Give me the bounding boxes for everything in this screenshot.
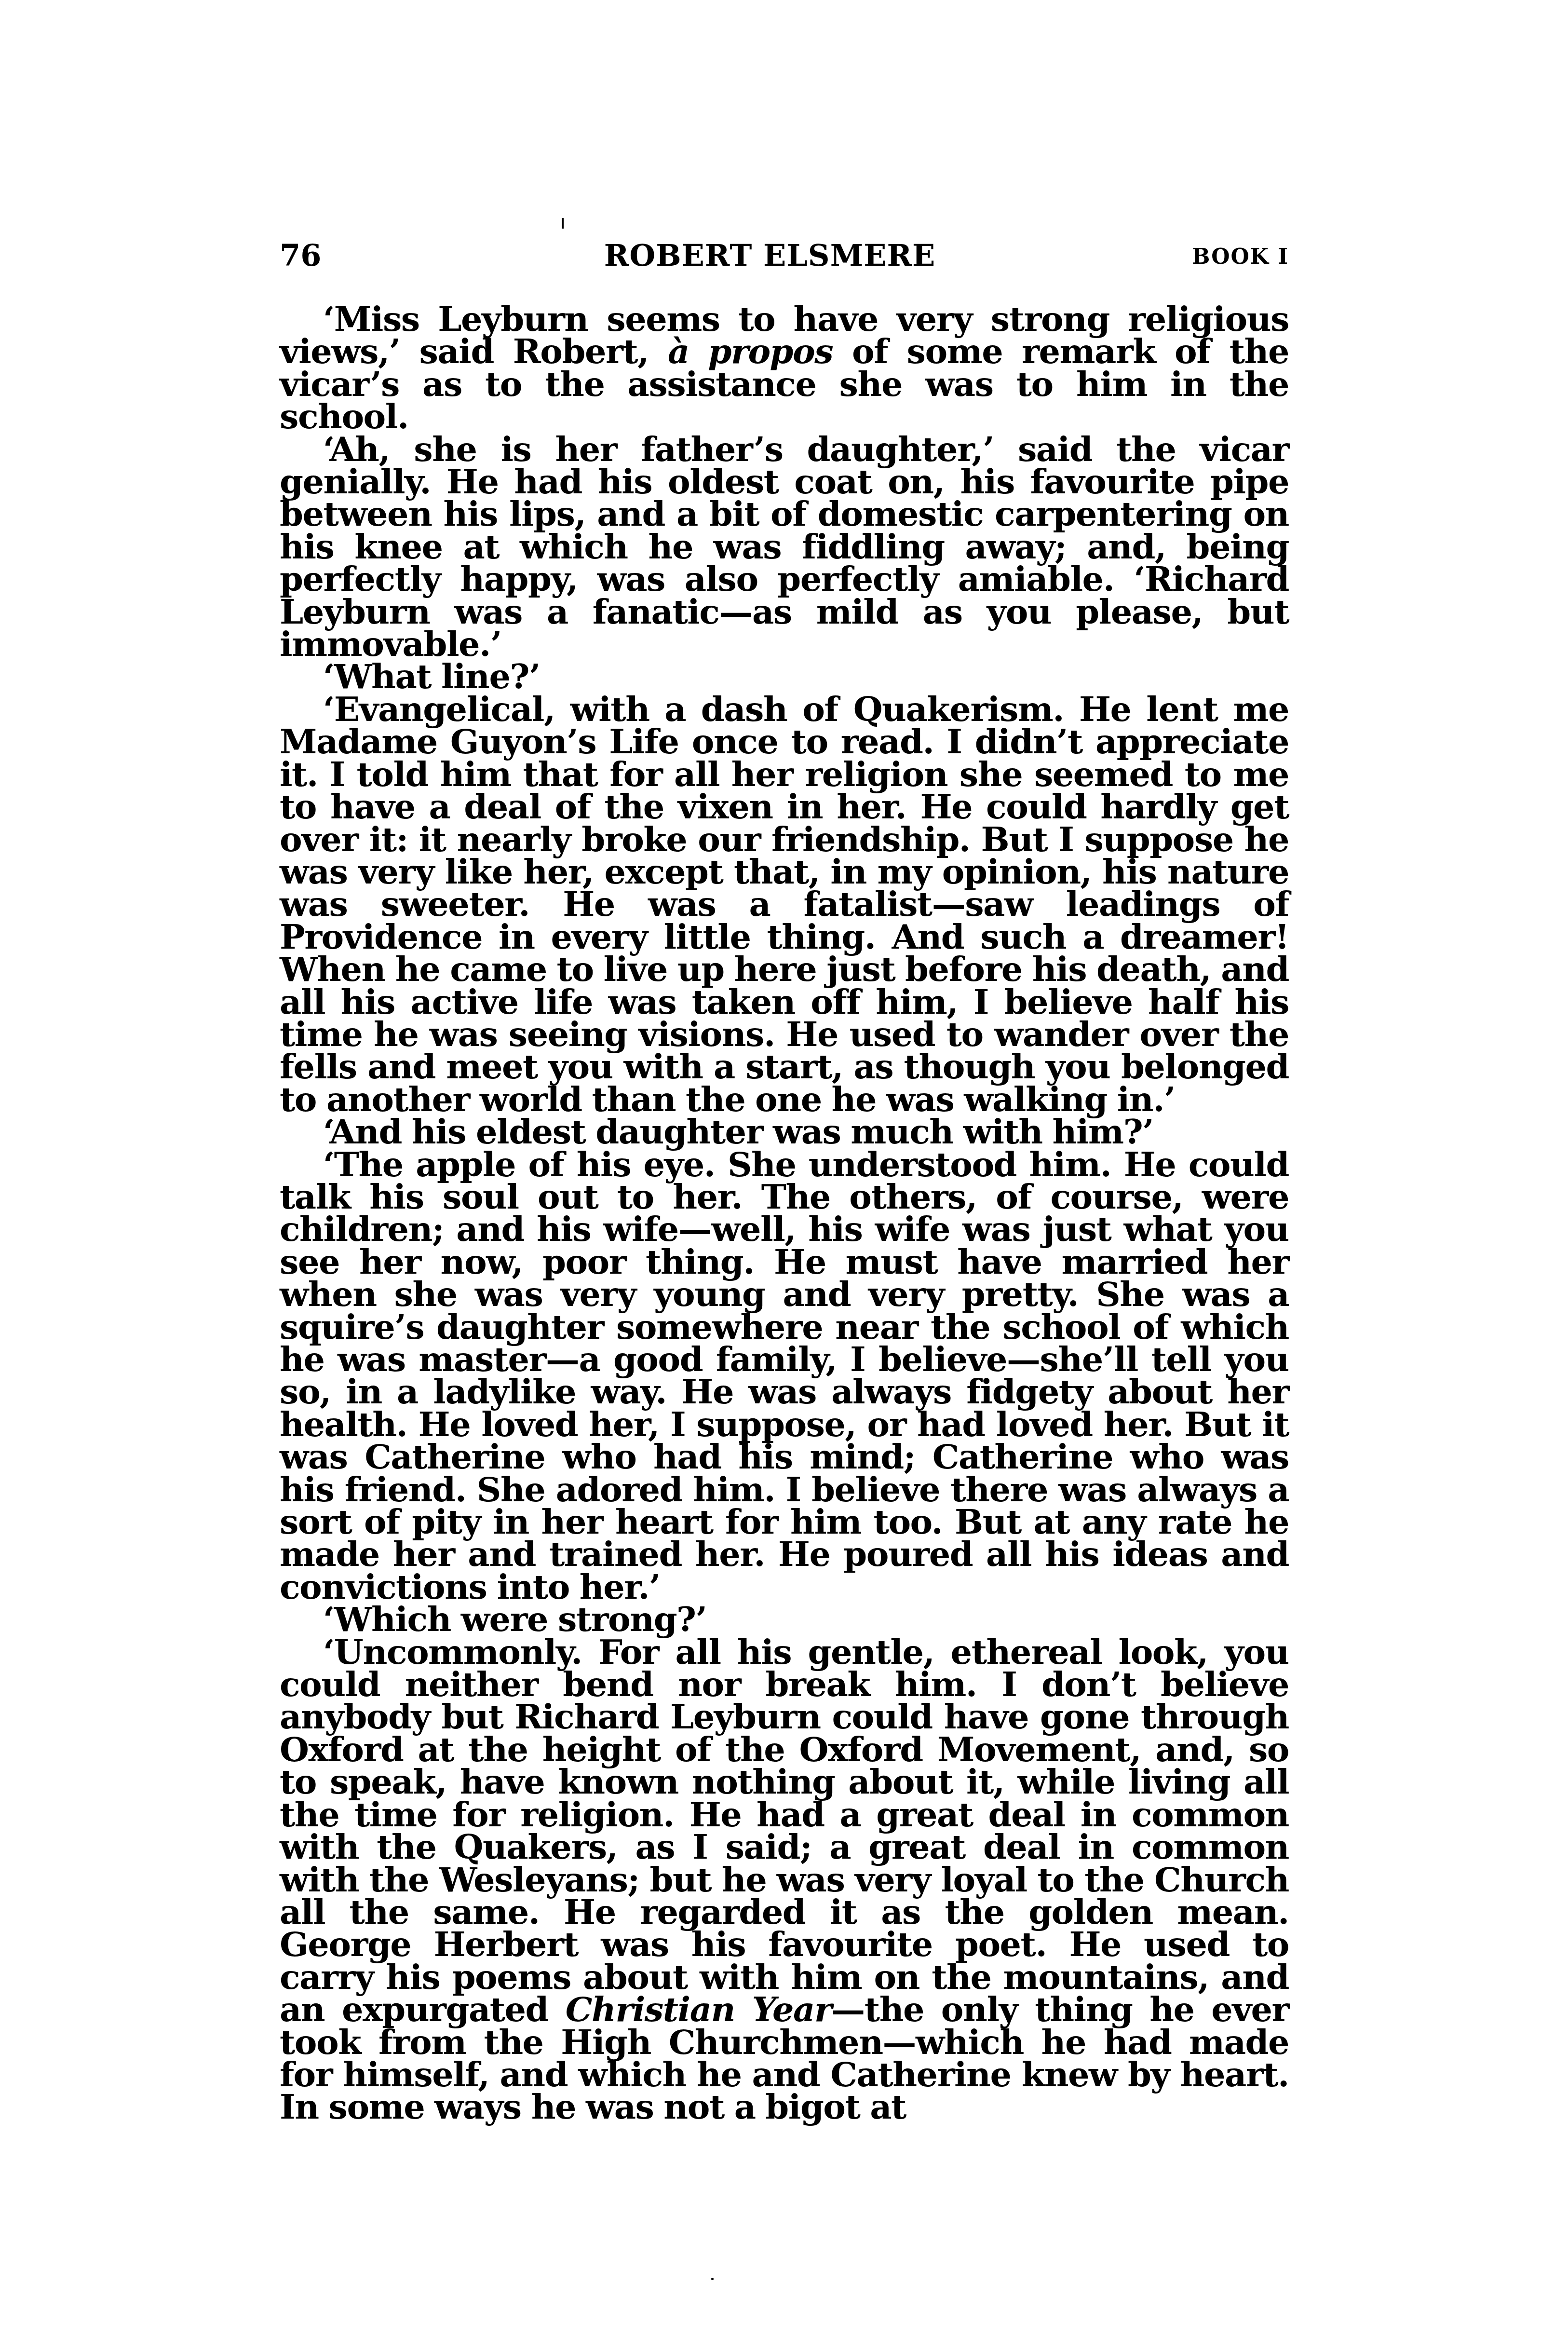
paragraph-8-text-a: ‘Uncommonly. For all his gentle, etherea… — [280, 1632, 1289, 2029]
running-header: 76 ROBERT ELSMERE BOOK I — [280, 239, 1289, 272]
paragraph-6: ‘The apple of his eye. She understood hi… — [280, 1148, 1289, 1604]
scan-artifact-mark — [562, 218, 564, 229]
paragraph-5: ‘And his eldest daughter was much with h… — [280, 1115, 1289, 1148]
scan-artifact-dot — [711, 2278, 714, 2280]
book-label: BOOK I — [1192, 243, 1289, 272]
running-title: ROBERT ELSMERE — [280, 239, 1289, 272]
paragraph-3: ‘What line?’ — [280, 660, 1289, 693]
paragraph-1: ‘Miss Leyburn seems to have very strong … — [280, 303, 1289, 433]
paragraph-4: ‘Evangelical, with a dash of Quakerism. … — [280, 693, 1289, 1115]
paragraph-2: ‘Ah, she is her father’s daughter,’ said… — [280, 433, 1289, 661]
paragraph-7: ‘Which were strong?’ — [280, 1603, 1289, 1635]
body-text: ‘Miss Leyburn seems to have very strong … — [280, 303, 1289, 2123]
paragraph-8: ‘Uncommonly. For all his gentle, etherea… — [280, 1636, 1289, 2123]
